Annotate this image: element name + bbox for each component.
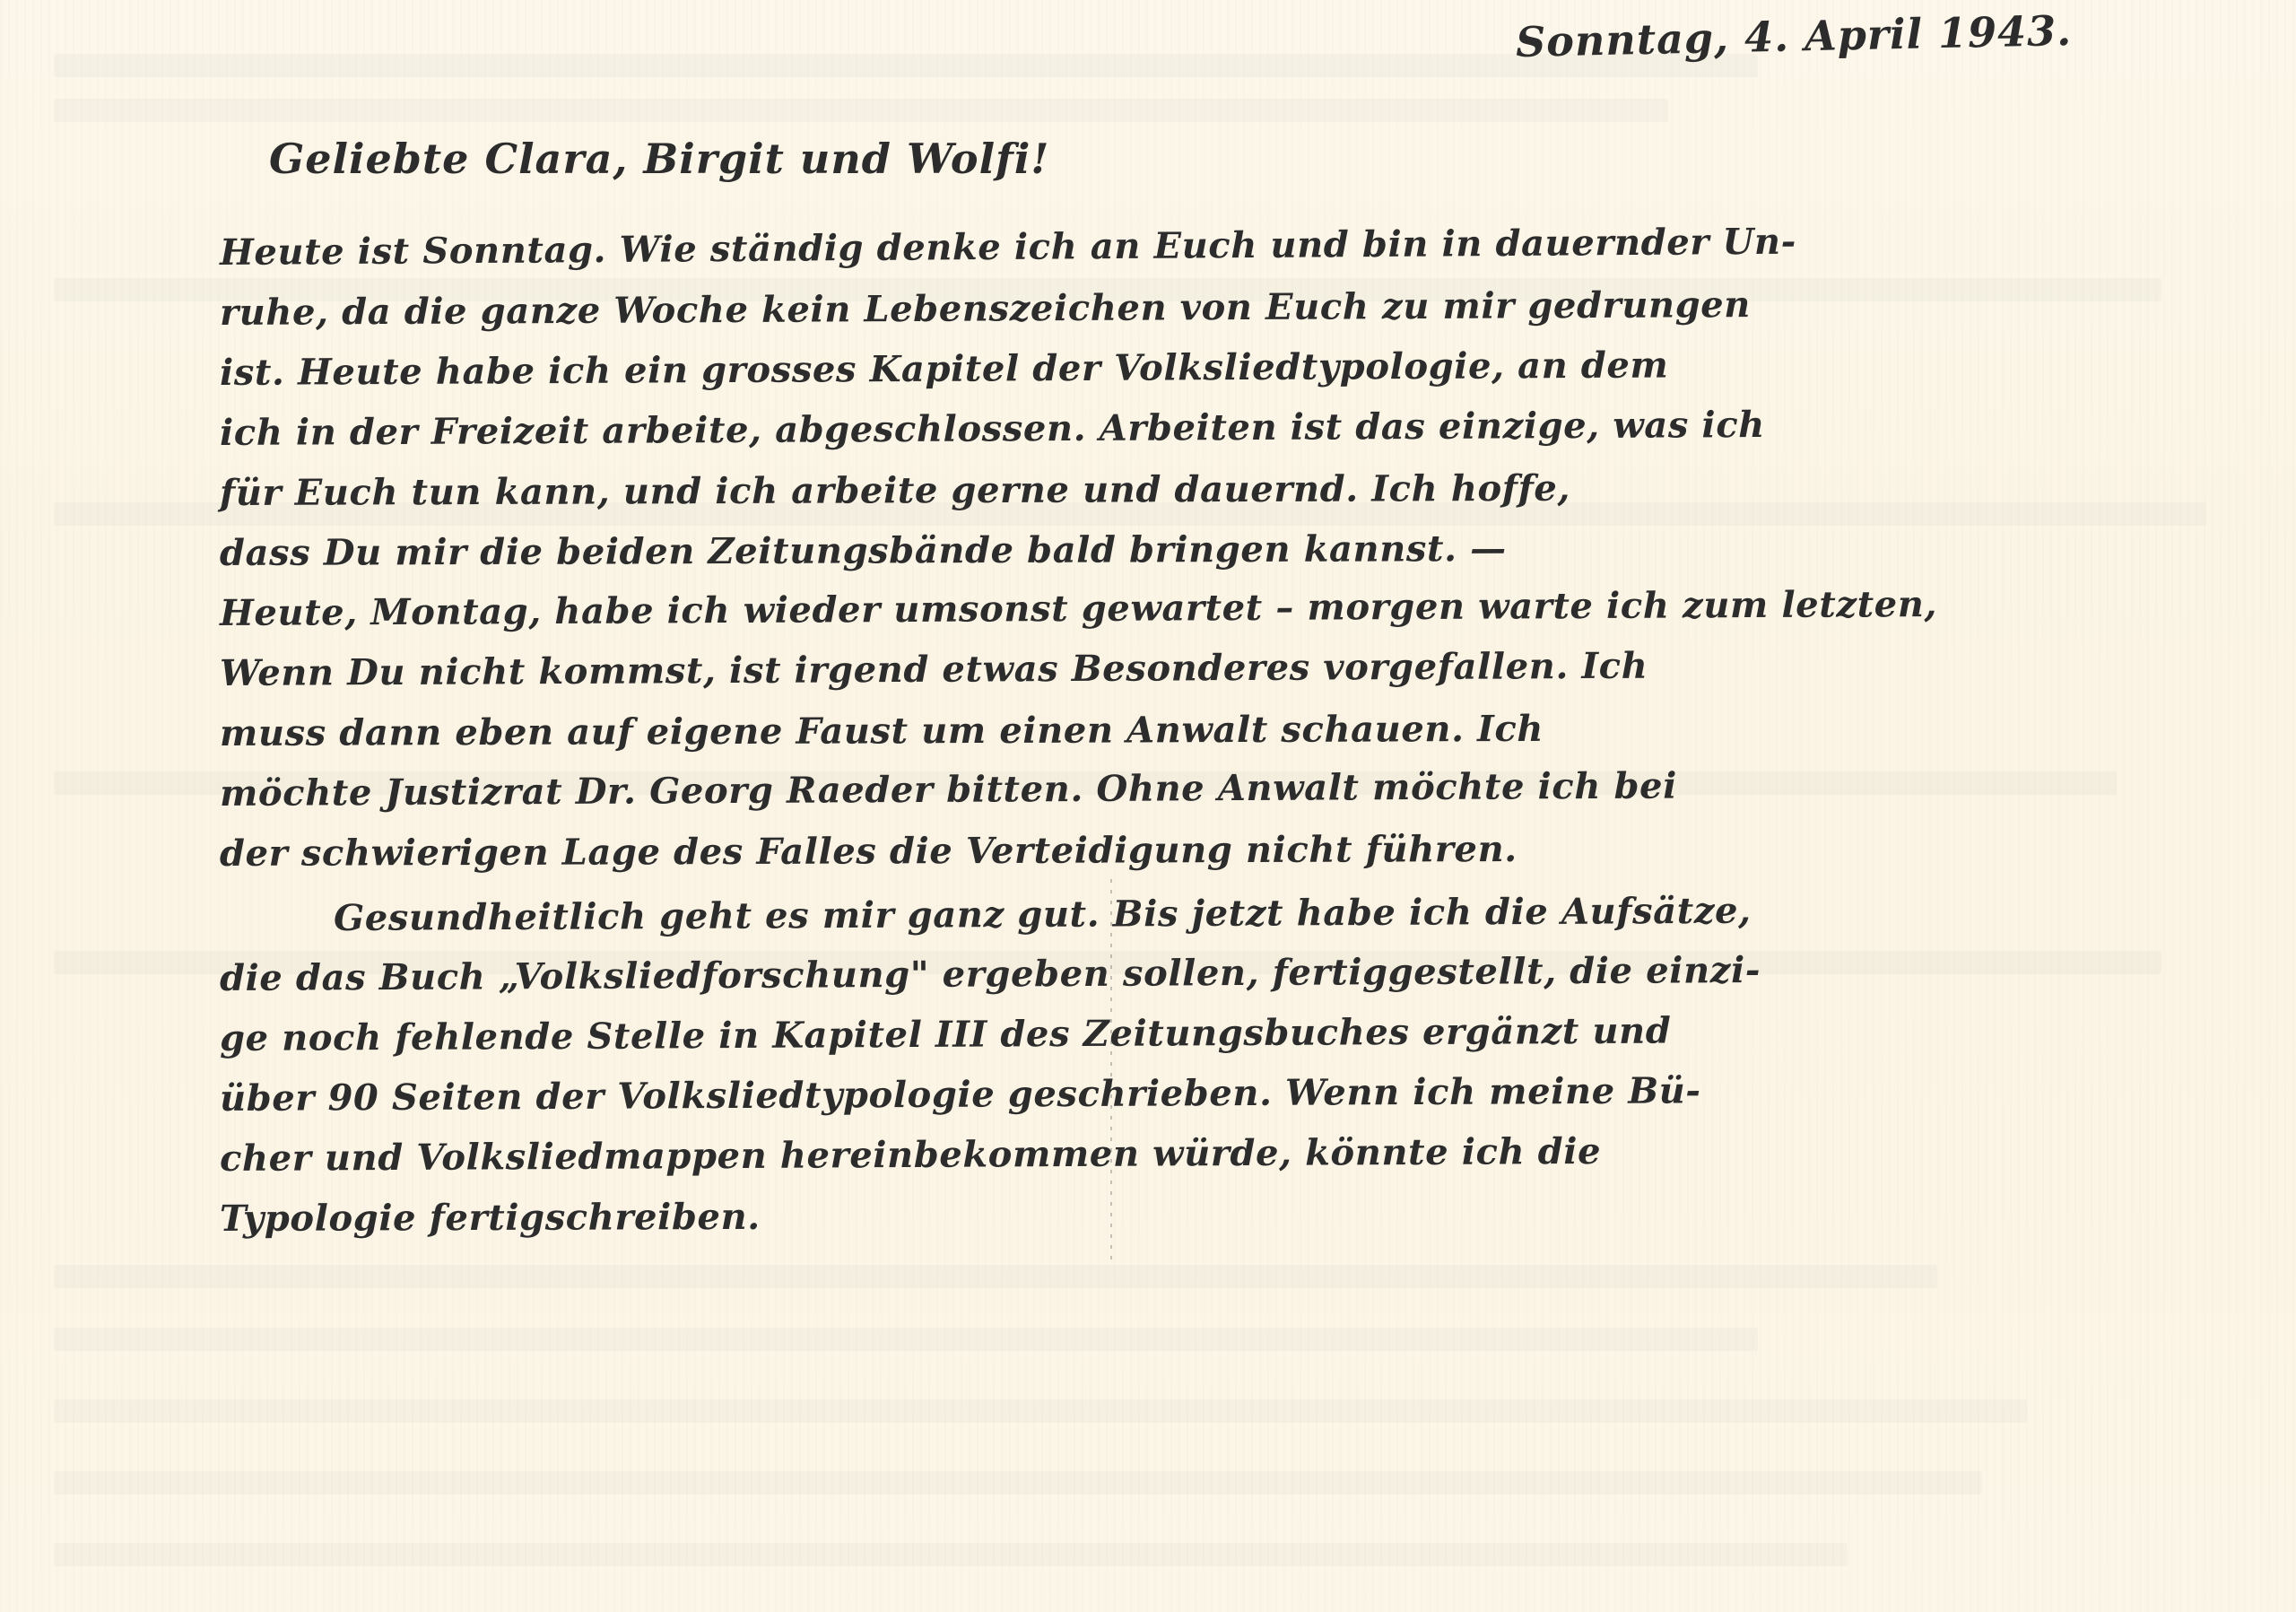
bleed-through-line xyxy=(54,1399,2027,1423)
letter-body-line: Heute, Montag, habe ich wieder umsonst g… xyxy=(220,583,1937,634)
letter-body-line: ruhe, da die ganze Woche kein Lebenszeic… xyxy=(220,283,1751,334)
letter-body-line: cher und Volksliedmappen hereinbekommen … xyxy=(220,1130,1601,1180)
letter-body-line: ist. Heute habe ich ein grosses Kapitel … xyxy=(220,344,1669,394)
bleed-through-line xyxy=(54,99,1668,122)
bleed-through-line xyxy=(54,1471,1982,1494)
bleed-through-line xyxy=(54,1543,1848,1566)
bleed-through-line xyxy=(54,1328,1758,1351)
letter-body-line: dass Du mir die beiden Zeitungsbände bal… xyxy=(220,527,1507,574)
letter-body-line: der schwierigen Lage des Falles die Vert… xyxy=(220,828,1518,875)
bleed-through-line xyxy=(54,1265,1937,1288)
letter-salutation: Geliebte Clara, Birgit und Wolfi! xyxy=(269,135,1050,183)
bleed-through-line xyxy=(54,54,1758,77)
letter-body-line: ge noch fehlende Stelle in Kapitel III d… xyxy=(220,1010,1672,1059)
letter-body-line: Typologie fertigschreiben. xyxy=(220,1196,761,1240)
letter-body-line: die das Buch „Volksliedforschung" ergebe… xyxy=(220,949,1761,999)
letter-body-line: über 90 Seiten der Volksliedtypologie ge… xyxy=(220,1069,1701,1120)
letter-body-line: Gesundheitlich geht es mir ganz gut. Bis… xyxy=(334,890,1752,939)
letter-body-line: für Euch tun kann, und ich arbeite gerne… xyxy=(220,467,1570,514)
letter-body-line: möchte Justizrat Dr. Georg Raeder bitten… xyxy=(220,764,1677,815)
letter-body-line: muss dann eben auf eigene Faust um einen… xyxy=(220,708,1544,754)
letter-body-line: Wenn Du nicht kommst, ist irgend etwas B… xyxy=(220,645,1648,694)
letter-body-line: ich in der Freizeit arbeite, abgeschloss… xyxy=(220,404,1765,454)
